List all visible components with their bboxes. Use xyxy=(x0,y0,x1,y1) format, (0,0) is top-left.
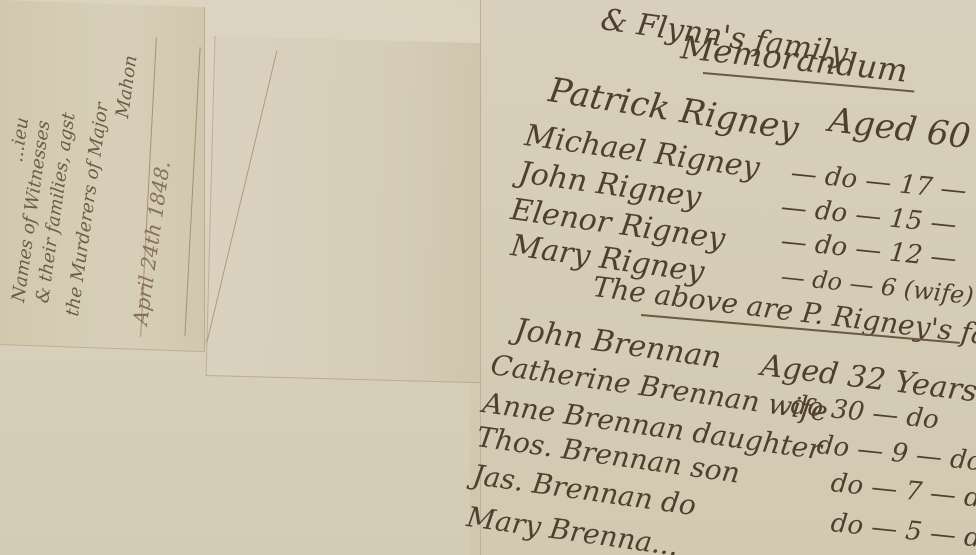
entry-age: do — 5 — do xyxy=(829,508,976,555)
crease-line xyxy=(206,51,277,343)
docket-strip: ...ieu Names of Witnesses & their famili… xyxy=(0,0,205,352)
blank-seal-panel xyxy=(206,36,515,384)
entry-age: do — 7 — do xyxy=(829,468,976,515)
docket-rule-line xyxy=(184,47,200,336)
docket-line: Mahon xyxy=(112,54,142,120)
letter-sheet: & Flynn's family Memorandum Patrick Rign… xyxy=(480,0,976,555)
entry-age: Aged 60 xyxy=(827,100,973,157)
docket-date: April 24th 1848. xyxy=(128,159,175,327)
